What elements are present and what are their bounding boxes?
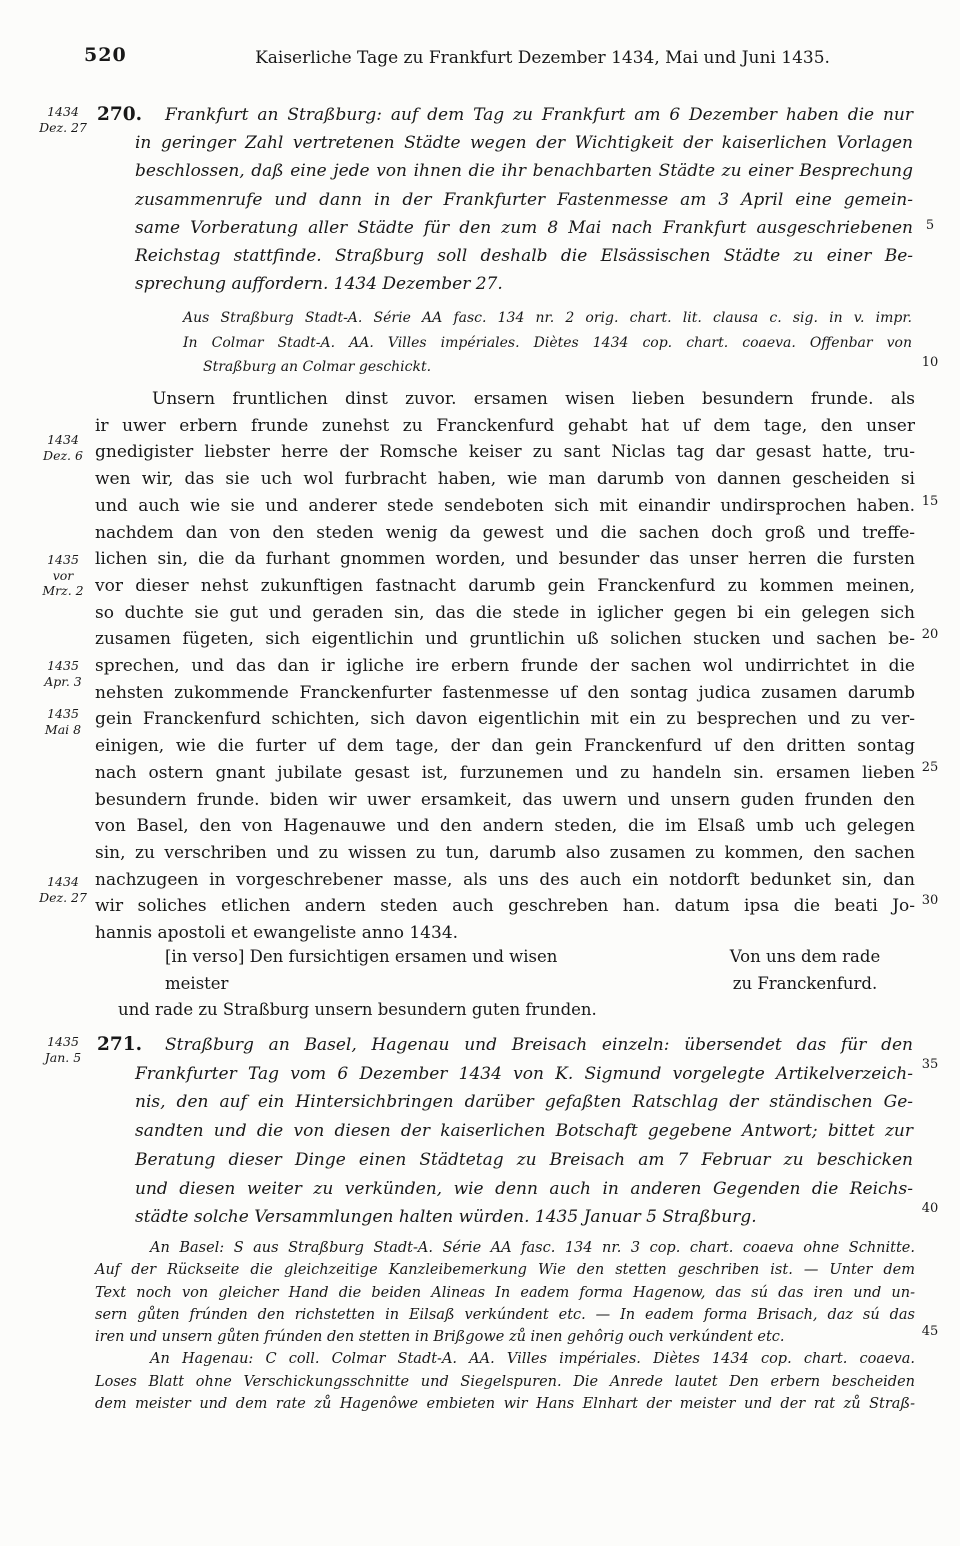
text-line: In Colmar Stadt-A. AA. Villes impériales…: [183, 331, 912, 356]
page-number: 520: [84, 44, 127, 66]
text-line: iren und unsern gůten frúnden den stette…: [95, 1326, 915, 1348]
text-line: vor dieser nehst zukunftigen fastnacht d…: [95, 573, 915, 600]
text-line: Unsern fruntlichen dinst zuvor. ersamen …: [95, 386, 915, 413]
entry-271-number: 271.: [97, 1031, 142, 1060]
margin-date-note: 1434Dez. 6: [26, 432, 100, 463]
text-line: nehsten zukommende Franckenfurter fasten…: [95, 680, 915, 707]
text-line: nach ostern gnant jubilate gesast ist, f…: [95, 760, 915, 787]
text-line: einigen, wie die furter uf dem tage, der…: [95, 733, 915, 760]
text-line: 1435: [26, 706, 100, 722]
line-number: 40: [916, 1201, 944, 1216]
margin-date-note: 1434Dez. 27: [26, 874, 100, 905]
text-line: sandten und die von diesen der kaiserlic…: [135, 1117, 913, 1146]
text-line: sin, zu verschriben und zu wissen zu tun…: [95, 840, 915, 867]
entry-270-number: 270.: [97, 101, 142, 129]
text-line: Loses Blatt ohne Verschickungsschnitte u…: [95, 1371, 915, 1393]
line-number: 45: [916, 1324, 944, 1339]
line-number: 10: [916, 355, 944, 370]
text-line: 1435: [26, 658, 100, 674]
text-line: gein Franckenfurd schichten, sich davon …: [95, 706, 915, 733]
text-line: 1435: [26, 1034, 100, 1050]
text-line: zusamen fügeten, sich eigentlichin und g…: [95, 626, 915, 653]
line-number: 30: [916, 893, 944, 908]
text-line: beschlossen, daß eine jede von ihnen die…: [135, 157, 913, 185]
entry-270-summary: 270. Frankfurt an Straßburg: auf dem Tag…: [135, 101, 913, 298]
text-line: wir soliches etlichen andern steden auch…: [95, 893, 915, 920]
text-line: sern gůten frúnden den richstetten in Ei…: [95, 1304, 915, 1326]
text-line: Von uns dem rade: [710, 944, 900, 971]
text-line: besundern frunde. biden wir uwer ersamke…: [95, 787, 915, 814]
text-line: Dez. 27: [26, 120, 100, 136]
text-line: Dez. 27: [26, 890, 100, 906]
text-line: 1434: [26, 104, 100, 120]
line-number: 25: [916, 760, 944, 775]
text-line: städte solche Versammlungen halten würde…: [135, 1203, 913, 1232]
text-line: Straßburg an Basel, Hagenau und Breisach…: [135, 1031, 913, 1060]
line-number: 20: [916, 627, 944, 642]
sender-address: Von uns dem radezu Franckenfurd.: [710, 944, 900, 997]
text-line: zusammenrufe und dann in der Frankfurter…: [135, 186, 913, 214]
line-number: 35: [916, 1057, 944, 1072]
text-line: nachdem dan von den steden wenig da gewe…: [95, 520, 915, 547]
running-header: Kaiserliche Tage zu Frankfurt Dezember 1…: [170, 48, 915, 68]
text-line: Dez. 6: [26, 448, 100, 464]
text-line: so duchte sie gut und geraden sin, das d…: [95, 600, 915, 627]
line-number: 15: [916, 494, 944, 509]
text-line: [in verso] Den fursichtigen ersamen und …: [118, 944, 623, 997]
text-line: und rade zu Straßburg unsern besundern g…: [118, 997, 623, 1024]
book-page: 520 Kaiserliche Tage zu Frankfurt Dezemb…: [0, 0, 960, 1546]
text-line: An Basel: S aus Straßburg Stadt-A. Série…: [95, 1237, 915, 1259]
text-line: An Hagenau: C coll. Colmar Stadt-A. AA. …: [95, 1348, 915, 1370]
text-line: Frankfurter Tag vom 6 Dezember 1434 von …: [135, 1060, 913, 1089]
text-line: Frankfurt an Straßburg: auf dem Tag zu F…: [135, 101, 913, 129]
text-line: und diesen weiter zu verkünden, wie denn…: [135, 1175, 913, 1204]
margin-date-note: 1434Dez. 27: [26, 104, 100, 135]
text-line: Mrz. 2: [26, 583, 100, 599]
text-line: Jan. 5: [26, 1050, 100, 1066]
margin-date-note: 1435Mai 8: [26, 706, 100, 737]
text-line: sprechen, und das dan ir igliche ire erb…: [95, 653, 915, 680]
margin-date-note: 1435vorMrz. 2: [26, 552, 100, 599]
text-line: und auch wie sie und anderer stede sende…: [95, 493, 915, 520]
text-line: von Basel, den von Hagenauwe und den and…: [95, 813, 915, 840]
text-line: wen wir, das sie uch wol furbracht haben…: [95, 466, 915, 493]
text-line: Auf der Rückseite die gleichzeitige Kanz…: [95, 1259, 915, 1281]
text-line: Beratung dieser Dinge einen Städtetag zu…: [135, 1146, 913, 1175]
margin-date-note: 1435Jan. 5: [26, 1034, 100, 1065]
text-line: 1434: [26, 874, 100, 890]
text-line: Aus Straßburg Stadt-A. Série AA fasc. 13…: [183, 306, 912, 331]
margin-date-note: 1435Apr. 3: [26, 658, 100, 689]
entry-271-source-footnote: An Basel: S aus Straßburg Stadt-A. Série…: [95, 1237, 915, 1415]
text-line: Text noch von gleicher Hand die beiden A…: [95, 1282, 915, 1304]
verso-address: [in verso] Den fursichtigen ersamen und …: [118, 944, 623, 1024]
text-line: gnedigister liebster herre der Romsche k…: [95, 439, 915, 466]
text-line: zu Franckenfurd.: [710, 971, 900, 998]
text-line: nachzugeen in vorgeschrebener masse, als…: [95, 867, 915, 894]
text-line: hannis apostoli et ewangeliste anno 1434…: [95, 920, 915, 947]
text-line: Straßburg an Colmar geschickt.: [183, 355, 912, 380]
entry-270-letter-body: Unsern fruntlichen dinst zuvor. ersamen …: [95, 386, 915, 947]
entry-271-summary: 271. Straßburg an Basel, Hagenau und Bre…: [135, 1031, 913, 1232]
text-line: 1434: [26, 432, 100, 448]
entry-270-source-note: Aus Straßburg Stadt-A. Série AA fasc. 13…: [183, 306, 912, 380]
text-line: Apr. 3: [26, 674, 100, 690]
text-line: Reichstag stattfinde. Straßburg soll des…: [135, 242, 913, 270]
line-number: 5: [916, 218, 944, 233]
text-line: sprechung auffordern. 1434 Dezember 27.: [135, 270, 913, 298]
text-line: 1435: [26, 552, 100, 568]
text-line: Mai 8: [26, 722, 100, 738]
text-line: ir uwer erbern frunde zunehst zu Francke…: [95, 413, 915, 440]
text-line: dem meister und dem rate zů Hagenôwe emb…: [95, 1393, 915, 1415]
text-line: in geringer Zahl vertretenen Städte wege…: [135, 129, 913, 157]
text-line: same Vorberatung aller Städte für den zu…: [135, 214, 913, 242]
text-line: lichen sin, die da furhant gnommen worde…: [95, 546, 915, 573]
text-line: nis, den auf ein Hintersichbringen darüb…: [135, 1088, 913, 1117]
text-line: vor: [26, 568, 100, 584]
